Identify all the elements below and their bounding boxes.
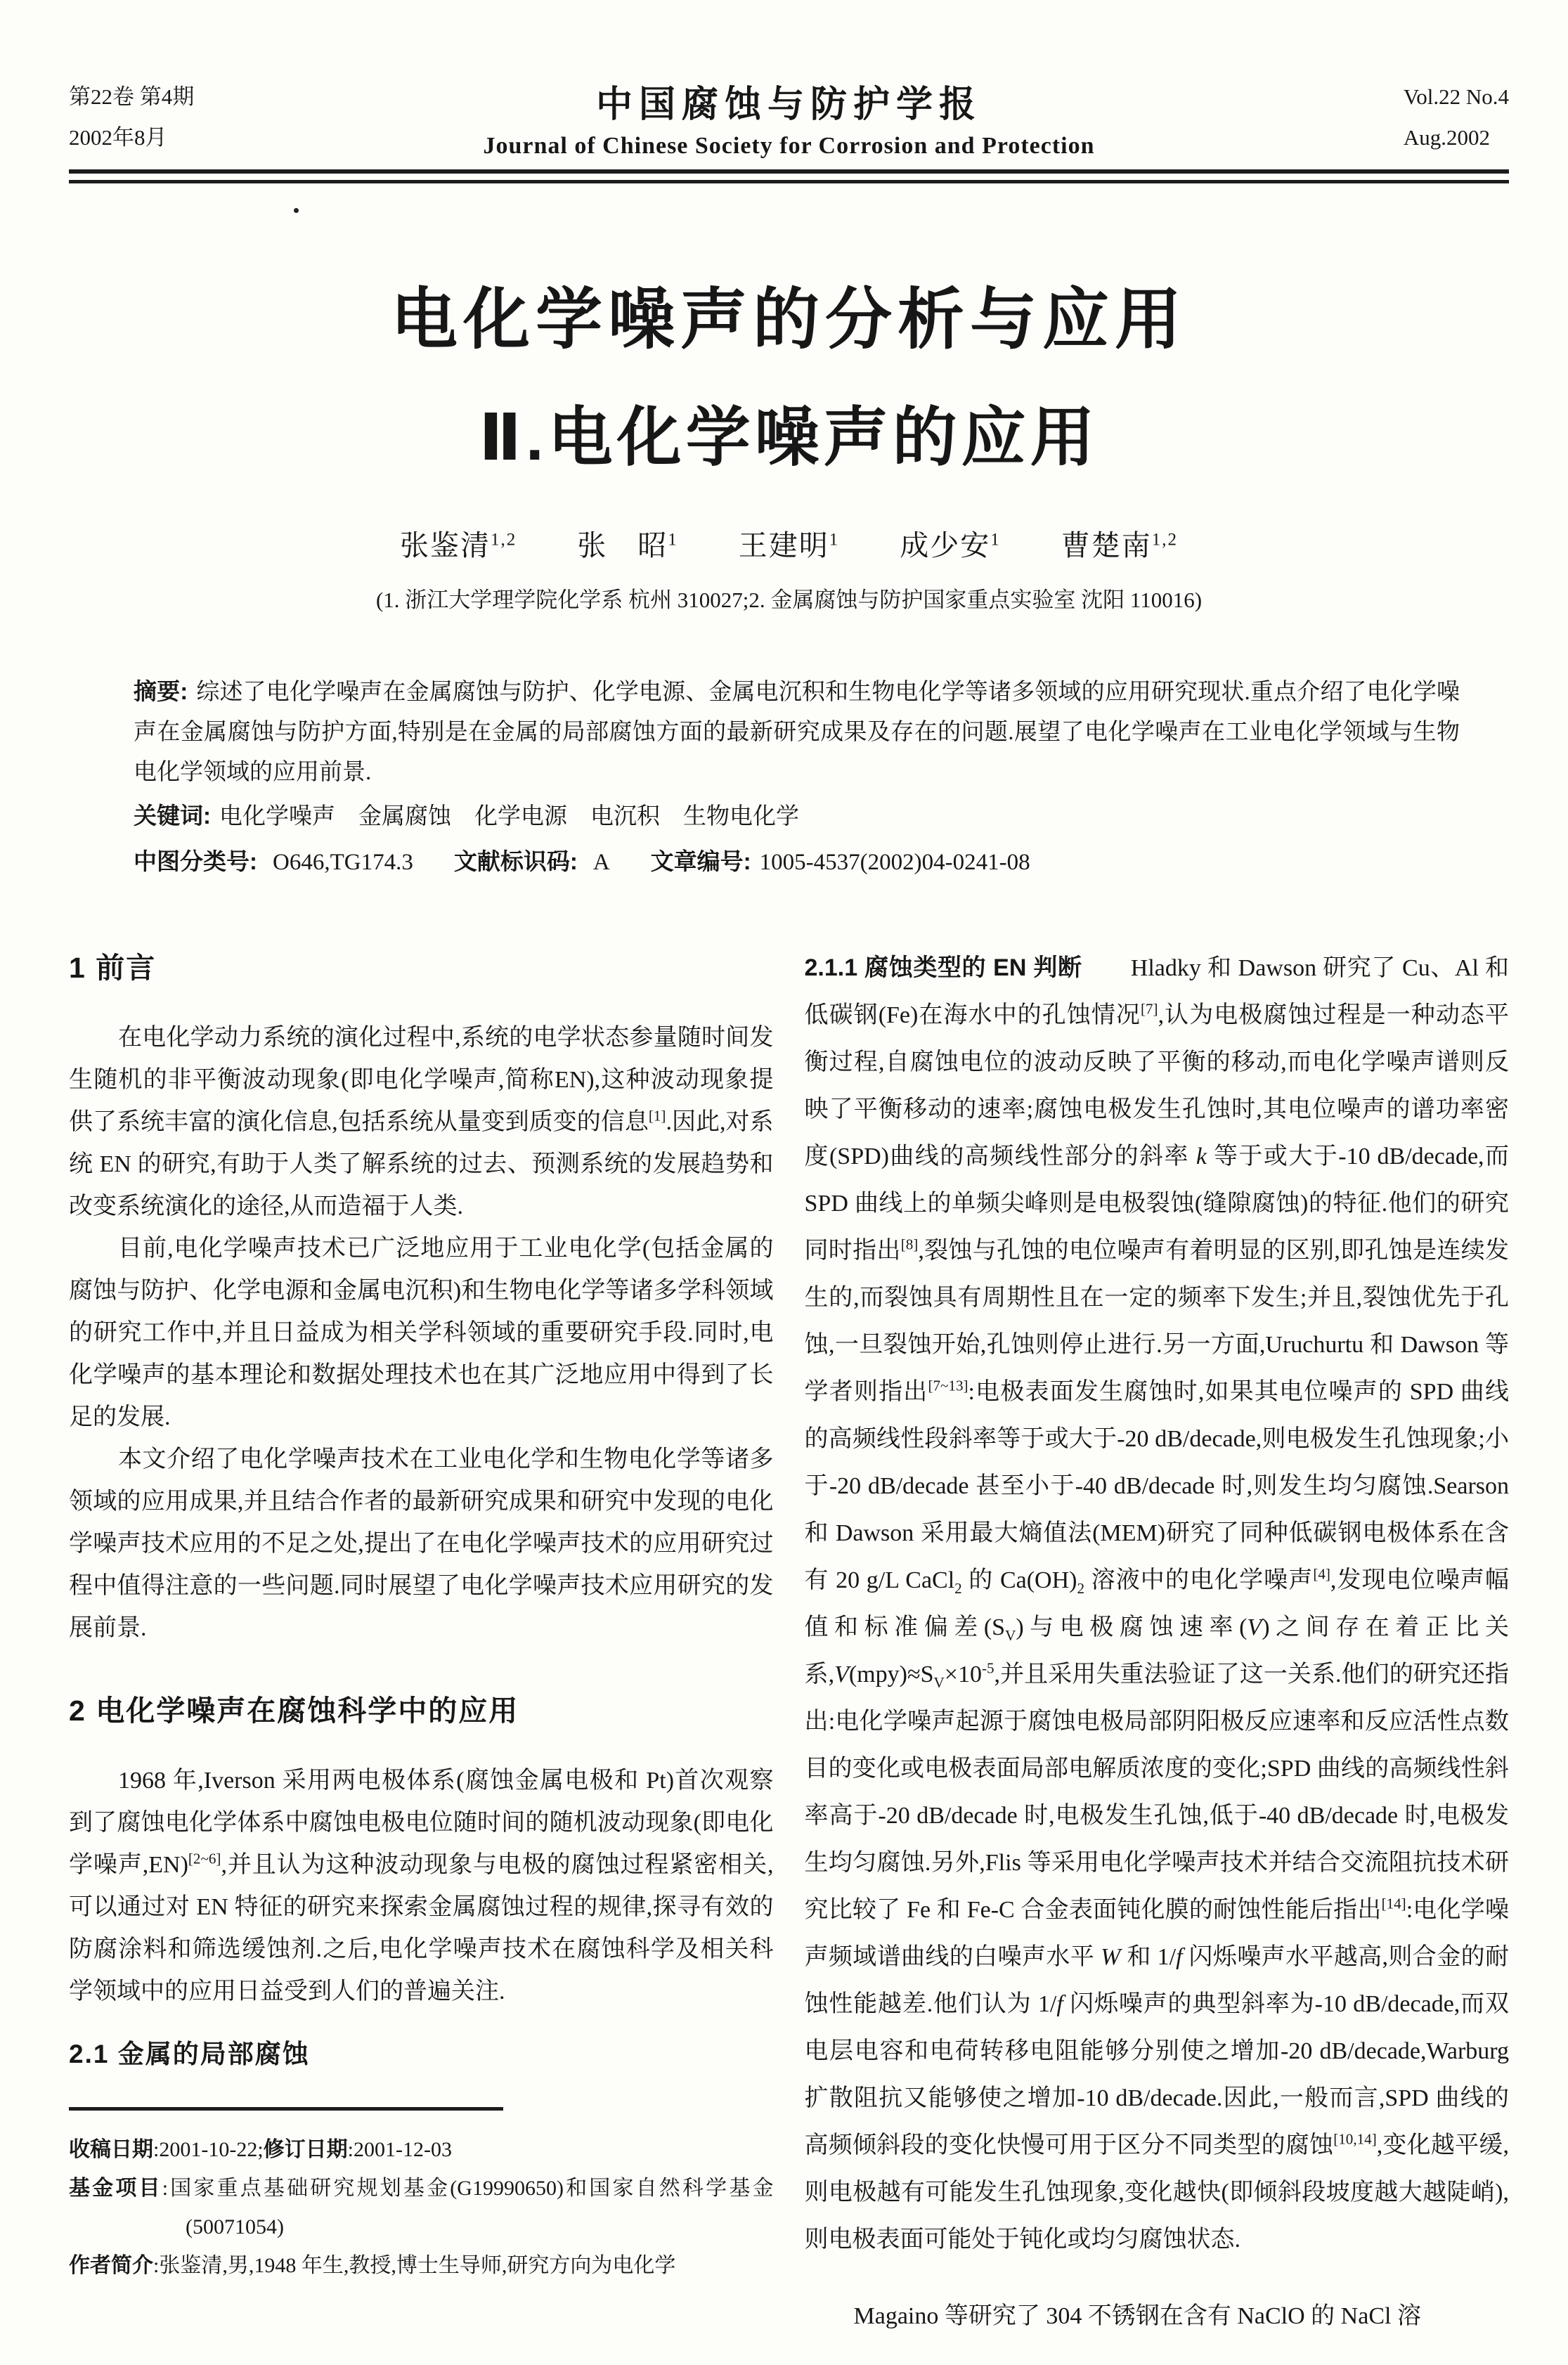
ink-dot <box>294 208 299 213</box>
doc-code-value: A <box>593 850 610 875</box>
left-column: 1 前言 在电化学动力系统的演化过程中,系统的电学状态参量随时间发生随机的非平衡… <box>69 945 774 2340</box>
classification-line: 中图分类号:O646,TG174.3文献标识码:A文章编号:1005-4537(… <box>134 841 1460 883</box>
abstract-block: 摘要:综述了电化学噪声在金属腐蚀与防护、化学电源、金属电沉积和生物电化学等诸多领… <box>134 671 1460 883</box>
journal-name-en: Journal of Chinese Society for Corrosion… <box>301 133 1277 160</box>
magaino-paragraph: Magaino 等研究了 304 不锈钢在含有 NaClO 的 NaCl 溶 <box>805 2293 1510 2340</box>
article-title-line1: 电化学噪声的分析与应用 <box>69 266 1509 362</box>
issue-volume: 第22卷 第4期 <box>69 77 301 117</box>
keywords-text: 电化学噪声 金属腐蚀 化学电源 电沉积 生物电化学 <box>219 804 799 829</box>
article-title-line2: Ⅱ.电化学噪声的应用 <box>69 386 1509 479</box>
affiliation-line: (1. 浙江大学理学院化学系 杭州 310027;2. 金属腐蚀与防护国家重点实… <box>69 582 1509 614</box>
right-column: 2.1.1 腐蚀类型的 EN 判断 Hladky 和 Dawson 研究了 Cu… <box>805 945 1510 2340</box>
clc-value: O646,TG174.3 <box>273 850 413 875</box>
footnote-received-date: 收稿日期:2001-10-22;修订日期:2001-12-03 <box>69 2130 774 2169</box>
abstract-paragraph: 摘要:综述了电化学噪声在金属腐蚀与防护、化学电源、金属电沉积和生物电化学等诸多领… <box>134 671 1460 793</box>
journal-page: 第22卷 第4期 2002年8月 中国腐蚀与防护学报 Journal of Ch… <box>0 0 1568 2365</box>
article-id-label: 文章编号: <box>651 848 751 874</box>
article-body: 1 前言 在电化学动力系统的演化过程中,系统的电学状态参量随时间发生随机的非平衡… <box>69 945 1509 2340</box>
clc-label: 中图分类号: <box>134 848 257 874</box>
keywords-label: 关键词: <box>134 803 211 829</box>
journal-name-cn: 中国腐蚀与防护学报 <box>301 74 1277 127</box>
article-id-value: 1005-4537(2002)04-0241-08 <box>760 850 1030 875</box>
header-divider <box>69 169 1509 183</box>
section-2-paragraph: 1968 年,Iverson 采用两电极体系(腐蚀金属电极和 Pt)首次观察到了… <box>69 1760 774 2013</box>
article-title: 电化学噪声的分析与应用 Ⅱ.电化学噪声的应用 <box>69 266 1509 479</box>
issue-info: 第22卷 第4期 2002年8月 <box>69 77 301 157</box>
intro-paragraph-2: 目前,电化学噪声技术已广泛地应用于工业电化学(包括金属的腐蚀与防护、化学电源和金… <box>69 1228 774 1439</box>
journal-name-block: 中国腐蚀与防护学报 Journal of Chinese Society for… <box>301 74 1277 160</box>
footnotes-block: 收稿日期:2001-10-22;修订日期:2001-12-03 基金项目:国家重… <box>69 2130 774 2285</box>
footnote-author-bio: 作者简介:张鉴清,男,1948 年生,教授,博士生导师,研究方向为电化学 <box>69 2246 774 2285</box>
section-2-1-heading: 2.1 金属的局部腐蚀 <box>69 2033 774 2071</box>
abstract-label: 摘要: <box>134 678 188 704</box>
volume-date: Aug.2002 <box>1404 117 1509 157</box>
authors-line: 张鉴清1,2 张 昭1 王建明1 成少安1 曹楚南1,2 <box>69 522 1509 564</box>
volume-info-inner: Vol.22 No.4 Aug.2002 <box>1404 77 1509 157</box>
doc-code-label: 文献标识码: <box>454 848 578 874</box>
abstract-text: 综述了电化学噪声在金属腐蚀与防护、化学电源、金属电沉积和生物电化学等诸多领域的应… <box>134 680 1460 785</box>
footnote-funding: 基金项目:国家重点基础研究规划基金(G19990650)和国家自然科学基金(50… <box>69 2169 774 2246</box>
journal-masthead: 第22卷 第4期 2002年8月 中国腐蚀与防护学报 Journal of Ch… <box>69 74 1509 160</box>
issue-date: 2002年8月 <box>69 117 301 157</box>
intro-paragraph-3: 本文介绍了电化学噪声技术在工业电化学和生物电化学等诸多领域的应用成果,并且结合作… <box>69 1439 774 1650</box>
section-1-heading: 1 前言 <box>69 945 774 986</box>
section-2-1-1-paragraph: 2.1.1 腐蚀类型的 EN 判断 Hladky 和 Dawson 研究了 Cu… <box>805 945 1510 2263</box>
intro-paragraph-1: 在电化学动力系统的演化过程中,系统的电学状态参量随时间发生随机的非平衡波动现象(… <box>69 1017 774 1228</box>
volume-number: Vol.22 No.4 <box>1404 77 1509 117</box>
section-2-heading: 2 电化学噪声在腐蚀科学中的应用 <box>69 1687 774 1729</box>
volume-info: Vol.22 No.4 Aug.2002 <box>1277 77 1509 157</box>
keywords-line: 关键词:电化学噪声 金属腐蚀 化学电源 电沉积 生物电化学 <box>134 796 1460 837</box>
footnote-divider <box>69 2107 503 2111</box>
